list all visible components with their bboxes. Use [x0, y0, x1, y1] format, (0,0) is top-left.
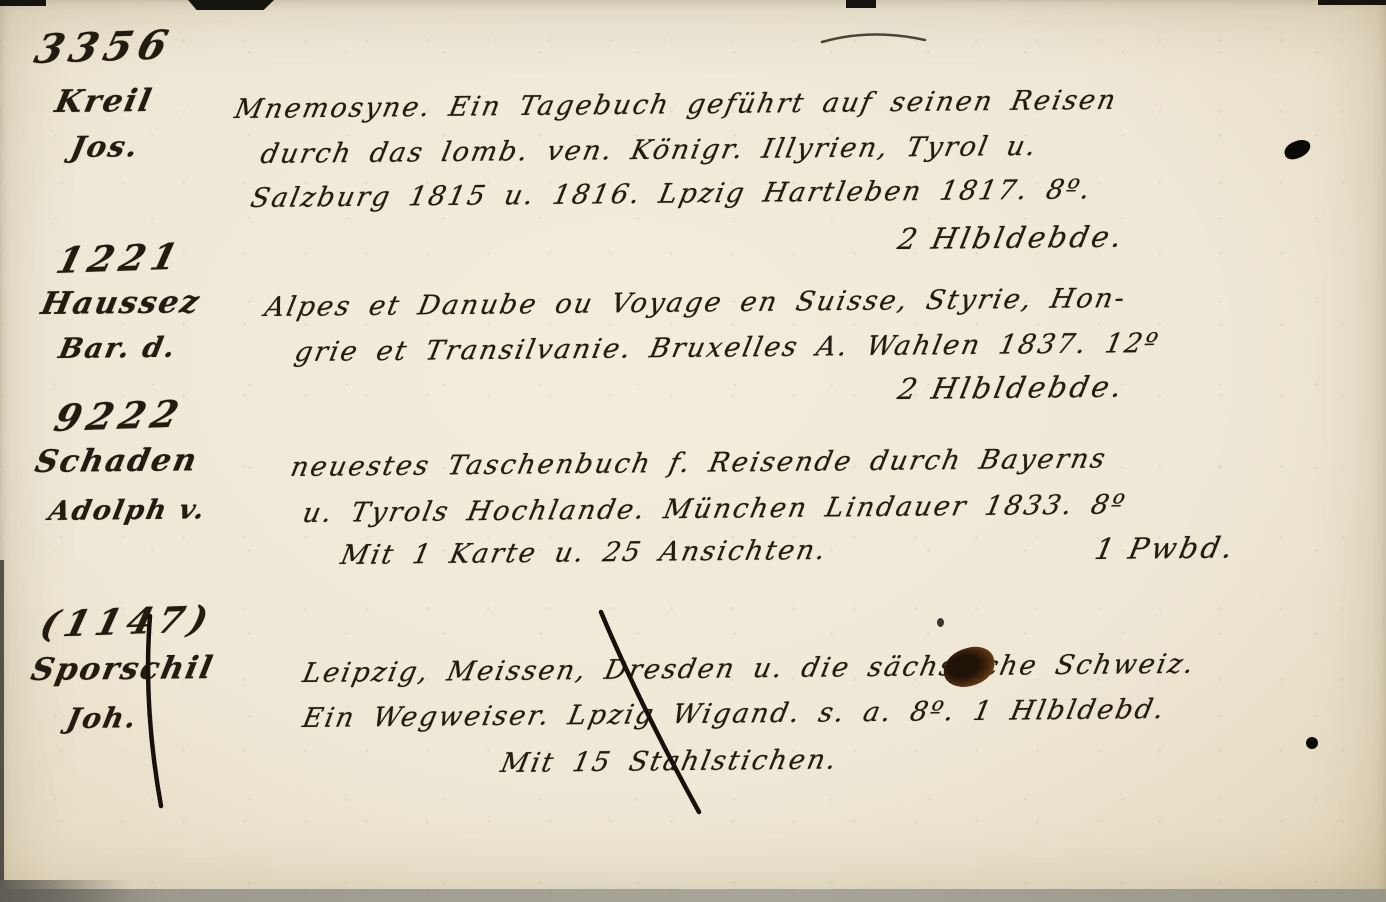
author-name: Kreil [52, 83, 156, 120]
scan-edge-top-notch [188, 0, 274, 10]
entry-number: 9222 [50, 392, 189, 440]
author-forename: Adolph v. [46, 494, 209, 527]
author-name: Schaden [32, 442, 201, 480]
binding-note: 2 Hlbldebde. [895, 370, 1128, 406]
catalog-line: Alpes et Danube ou Voyage en Suisse, Sty… [262, 283, 1129, 323]
cancellation-stroke-author [148, 616, 161, 806]
catalog-line: durch das lomb. ven. Königr. Illyrien, T… [258, 131, 1041, 170]
catalog-line: Mnemosyne. Ein Tagebuch geführt auf sein… [232, 85, 1120, 125]
catalog-line: Mit 1 Karte u. 25 Ansichten. [338, 535, 830, 571]
scan-edge-left [0, 560, 4, 890]
entry-number: 1221 [52, 236, 188, 282]
stray-pen-mark [822, 34, 925, 42]
catalog-card-page: 3356 Kreil Jos. Mnemosyne. Ein Tagebuch … [0, 0, 1386, 902]
catalog-line: Ein Wegweiser. Lpzig Wigand. s. a. 8º. 1… [300, 694, 1169, 734]
catalog-line: neuestes Taschenbuch f. Reisende durch B… [288, 443, 1110, 483]
binding-note: 1 Pwbd. [1092, 531, 1239, 566]
entry-number: 3356 [30, 21, 178, 73]
scan-edge-bottom [0, 889, 1386, 902]
catalog-line: Salzburg 1815 u. 1816. Lpzig Hartleben 1… [248, 174, 1095, 214]
binding-note: 2 Hlbldebde. [895, 220, 1128, 256]
catalog-line: u. Tyrols Hochlande. München Lindauer 18… [300, 489, 1129, 529]
author-name: Sporschil [28, 650, 217, 688]
ink-dot-right-edge [1306, 737, 1318, 749]
catalog-line: Mit 15 Stahlstichen. [498, 744, 841, 779]
scan-edge-top-right [1318, 0, 1386, 5]
author-name: Haussez [38, 284, 204, 322]
catalog-line: Leipzig, Meissen, Dresden u. die sächsis… [300, 649, 1198, 689]
scan-edge-top-mid [846, 0, 876, 8]
author-forename: Jos. [68, 129, 143, 164]
ink-speck [937, 618, 944, 627]
author-forename: Bar. d. [56, 331, 180, 365]
author-forename: Joh. [64, 701, 141, 735]
ink-blot-line2 [1282, 137, 1313, 162]
entry-number: (1147) [36, 598, 218, 646]
scan-edge-top-left [0, 0, 46, 6]
catalog-line: grie et Transilvanie. Bruxelles A. Wahle… [292, 328, 1162, 368]
